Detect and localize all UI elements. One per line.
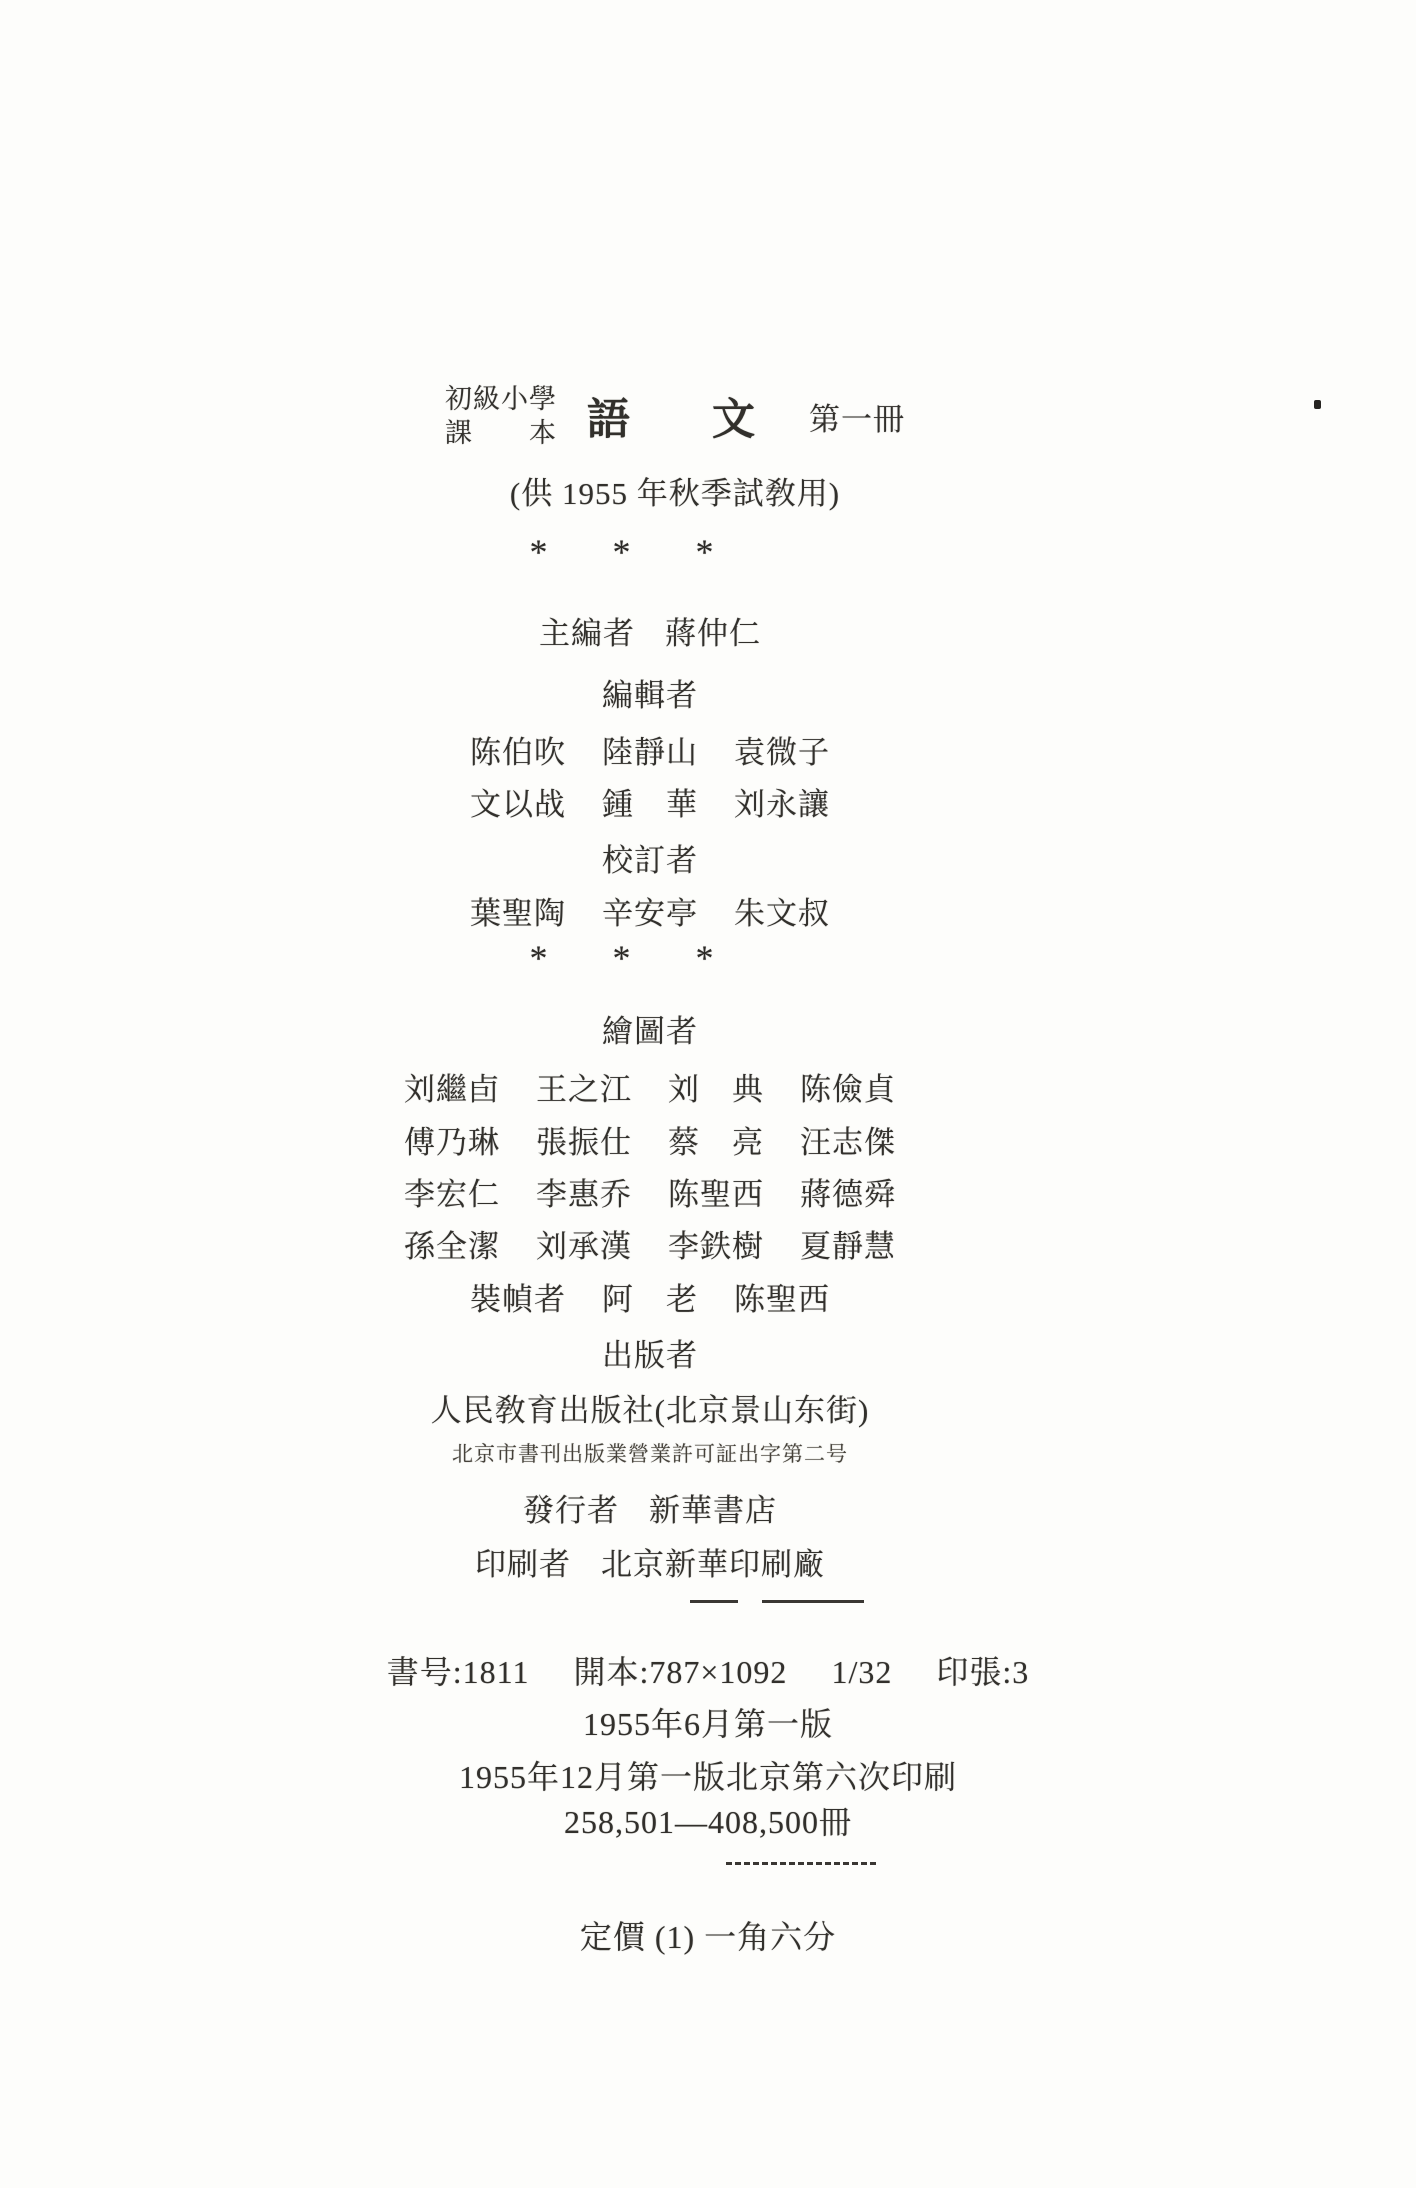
divider-rule-dashed xyxy=(726,1862,876,1865)
star-glyph: * xyxy=(530,948,549,970)
illustrator-name: 李宏仁 xyxy=(404,1169,500,1214)
printer-name: 北京新華印刷廠 xyxy=(601,1539,825,1584)
editors-label-row: 編輯者 xyxy=(0,670,1300,715)
illustrator-name: 傅乃琳 xyxy=(404,1117,500,1162)
stars-separator-middle: * * * xyxy=(0,948,1244,970)
reviser-name: 辛安亭 xyxy=(602,888,698,933)
edition-line: 1955年6月第一版 xyxy=(583,1699,833,1745)
editor-name: 文以战 xyxy=(470,779,566,824)
designer-row: 裝幀者 阿 老 陈聖西 xyxy=(0,1274,1300,1319)
illustrator-name: 李鉄樹 xyxy=(668,1221,764,1266)
designer-name: 陈聖西 xyxy=(734,1274,830,1319)
editor-name: 陸靜山 xyxy=(602,727,698,772)
book-title-row: 初級小學 課 本 語 文 第一冊 xyxy=(0,383,1350,451)
scan-speck xyxy=(1314,400,1321,409)
printer-row: 印刷者 北京新華印刷廠 xyxy=(0,1539,1300,1584)
license-row: 北京市書刊出版業營業許可証出字第二号 xyxy=(0,1438,1300,1468)
publisher-name: 人民敎育出版社(北京景山东街) xyxy=(431,1385,870,1430)
volume-label: 第一冊 xyxy=(809,394,905,439)
reviser-name: 朱文叔 xyxy=(734,888,830,933)
series-label-line2: 課 本 xyxy=(445,417,557,451)
divider-rule-segment xyxy=(690,1600,738,1603)
illustrators-label: 繪圖者 xyxy=(602,1006,698,1051)
star-glyph: * xyxy=(530,542,549,564)
illustrator-name: 孫全潔 xyxy=(404,1221,500,1266)
illustrator-name: 蔣德舜 xyxy=(800,1169,896,1214)
editors-row: 陈伯吹 陸靜山 袁微子 xyxy=(0,727,1300,772)
editor-name: 刘永讓 xyxy=(734,779,830,824)
star-glyph: * xyxy=(696,542,715,564)
illustrator-name: 王之江 xyxy=(536,1064,632,1109)
format-fraction: 1/32 xyxy=(831,1654,892,1691)
illustrator-name: 汪志傑 xyxy=(800,1117,896,1162)
reviser-name: 葉聖陶 xyxy=(470,888,566,933)
distributor-row: 發行者 新華書店 xyxy=(0,1485,1300,1530)
printer-label: 印刷者 xyxy=(475,1539,571,1584)
divider-rule-segment xyxy=(762,1600,864,1603)
editor-name: 鍾 華 xyxy=(602,779,698,824)
illustrator-name: 刘承漢 xyxy=(536,1221,632,1266)
editors-label: 編輯者 xyxy=(602,670,698,715)
copies-row: 258,501—408,500冊 xyxy=(0,1797,1416,1843)
illustrators-label-row: 繪圖者 xyxy=(0,1006,1300,1051)
sheet-count: 印張:3 xyxy=(936,1647,1029,1693)
illustrator-name: 刘 典 xyxy=(668,1064,764,1109)
illustrator-name: 張振仕 xyxy=(536,1117,632,1162)
publisher-label-row: 出版者 xyxy=(0,1330,1300,1375)
designer-label: 裝幀者 xyxy=(470,1274,566,1319)
book-title-char-yu: 語 xyxy=(587,386,632,447)
publisher-label: 出版者 xyxy=(602,1330,698,1375)
illustrator-name: 陈儉貞 xyxy=(800,1064,896,1109)
illustrator-name: 李惠乔 xyxy=(536,1169,632,1214)
printing-line: 1955年12月第一版北京第六次印刷 xyxy=(459,1752,957,1798)
revisers-row: 葉聖陶 辛安亭 朱文叔 xyxy=(0,888,1300,933)
star-glyph: * xyxy=(696,948,715,970)
designer-name: 阿 老 xyxy=(602,1274,698,1319)
book-title-char-wen: 文 xyxy=(712,386,757,447)
subtitle: (供 1955 年秋季試敎用) xyxy=(510,468,840,513)
illustrator-name: 刘繼卣 xyxy=(404,1064,500,1109)
colophon-page: 初級小學 課 本 語 文 第一冊 (供 1955 年秋季試敎用) * * * 主… xyxy=(0,0,1416,2188)
star-glyph: * xyxy=(613,542,632,564)
revisers-label: 校訂者 xyxy=(602,835,698,880)
distributor-name: 新華書店 xyxy=(649,1485,777,1530)
illustrator-name: 蔡 亮 xyxy=(668,1117,764,1162)
chief-editor-name: 蔣仲仁 xyxy=(665,608,761,653)
illustrator-name: 夏靜慧 xyxy=(800,1221,896,1266)
format-spec: 開本:787×1092 xyxy=(573,1647,787,1693)
series-label-line1: 初級小學 xyxy=(445,383,557,417)
editor-name: 袁微子 xyxy=(734,727,830,772)
price-row: 定價 (1) 一角六分 xyxy=(0,1912,1416,1958)
illustrators-row: 刘繼卣 王之江 刘 典 陈儉貞 xyxy=(0,1064,1300,1109)
subtitle-row: (供 1955 年秋季試敎用) xyxy=(0,468,1350,513)
publisher-name-row: 人民敎育出版社(北京景山东街) xyxy=(0,1385,1300,1430)
printing-row: 1955年12月第一版北京第六次印刷 xyxy=(0,1752,1416,1798)
chief-editor-row: 主編者 蔣仲仁 xyxy=(0,608,1300,653)
book-number: 書号:1811 xyxy=(387,1647,530,1693)
copies-line: 258,501—408,500冊 xyxy=(564,1797,852,1843)
chief-editor-label: 主編者 xyxy=(539,608,635,653)
series-label: 初級小學 課 本 xyxy=(445,383,557,451)
illustrators-row: 傅乃琳 張振仕 蔡 亮 汪志傑 xyxy=(0,1117,1300,1162)
license-line: 北京市書刊出版業營業許可証出字第二号 xyxy=(452,1438,848,1468)
editors-row: 文以战 鍾 華 刘永讓 xyxy=(0,779,1300,824)
editor-name: 陈伯吹 xyxy=(470,727,566,772)
revisers-label-row: 校訂者 xyxy=(0,835,1300,880)
price-line: 定價 (1) 一角六分 xyxy=(580,1912,836,1958)
stars-separator-top: * * * xyxy=(0,542,1244,564)
distributor-label: 發行者 xyxy=(523,1485,619,1530)
illustrators-row: 李宏仁 李惠乔 陈聖西 蔣德舜 xyxy=(0,1169,1300,1214)
edition-row: 1955年6月第一版 xyxy=(0,1699,1416,1745)
star-glyph: * xyxy=(613,948,632,970)
illustrator-name: 陈聖西 xyxy=(668,1169,764,1214)
print-spec-row: 書号:1811 開本:787×1092 1/32 印張:3 xyxy=(0,1647,1416,1693)
illustrators-row: 孫全潔 刘承漢 李鉄樹 夏靜慧 xyxy=(0,1221,1300,1266)
